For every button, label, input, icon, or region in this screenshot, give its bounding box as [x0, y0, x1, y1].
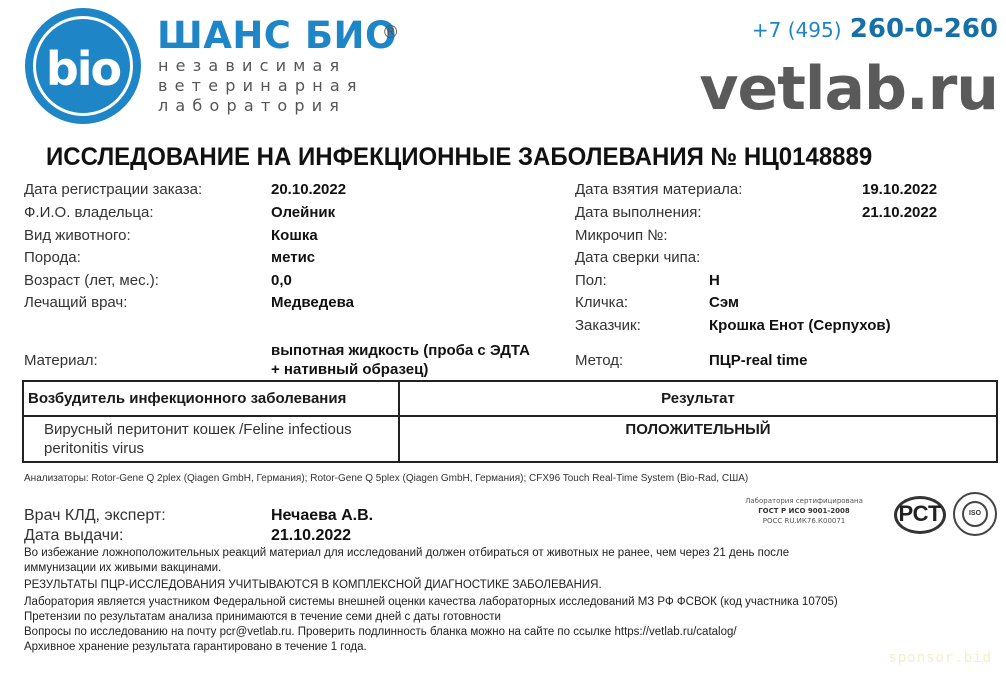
field-value-completion-date: 21.10.2022 — [862, 204, 937, 221]
field-label-age: Возраст (лет, мес.): — [24, 272, 159, 289]
field-label-doctor: Лечащий врач: — [24, 294, 127, 311]
field-value-pet-name: Сэм — [709, 294, 739, 311]
note-line: Архивное хранение результата гарантирова… — [24, 641, 367, 653]
expert-value: Нечаева А.В. — [271, 507, 373, 525]
bio-logo: bio — [25, 8, 141, 124]
field-label-completion-date: Дата выполнения: — [575, 204, 702, 221]
field-value-customer: Крошка Енот (Серпухов) — [709, 317, 891, 334]
note-line: Во избежание ложноположительных реакций … — [24, 547, 789, 559]
rst-certification-icon: РСТ — [894, 496, 946, 534]
analyzers-info: Анализаторы: Rotor-Gene Q 2plex (Qiagen … — [24, 473, 748, 484]
logo-text: bio — [25, 42, 141, 96]
field-label-registration-date: Дата регистрации заказа: — [24, 181, 202, 198]
pathogen-name-line1: Вирусный перитонит кошек /Feline infecti… — [44, 420, 394, 439]
brand-subtitle-1: независимая — [158, 56, 346, 75]
field-label-method: Метод: — [575, 352, 623, 369]
field-label-sex: Пол: — [575, 272, 607, 289]
field-value-sampling-date: 19.10.2022 — [862, 181, 937, 198]
expert-label: Врач КЛД, эксперт: — [24, 507, 166, 525]
note-line: Вопросы по исследованию на почту pcr@vet… — [24, 626, 737, 638]
field-value-material-2: + нативный образец) — [271, 361, 428, 378]
table-row: Вирусный перитонит кошек /Feline infecti… — [23, 416, 997, 462]
cert-line-2: ГОСТ Р ИСО 9001-2008 — [720, 506, 888, 516]
field-value-species: Кошка — [271, 227, 318, 244]
field-label-species: Вид животного: — [24, 227, 131, 244]
phone-prefix: +7 (495) — [752, 18, 842, 42]
registered-mark: ® — [384, 22, 397, 43]
field-label-pet-name: Кличка: — [575, 294, 628, 311]
pathogen-name-line2: peritonitis virus — [44, 439, 394, 458]
site-name: vetlab.ru — [699, 54, 998, 124]
results-table: Возбудитель инфекционного заболевания Ре… — [22, 380, 998, 463]
brand-subtitle-2: ветеринарная — [158, 76, 364, 95]
cert-line-3: РОСС RU.ИК76.К00071 — [720, 516, 888, 526]
cert-line-1: Лаборатория сертифицирована — [720, 496, 888, 506]
iso-certification-icon: ISO — [953, 492, 997, 536]
field-label-breed: Порода: — [24, 249, 81, 266]
field-value-sex: Н — [709, 272, 720, 289]
field-label-sampling-date: Дата взятия материала: — [575, 181, 742, 198]
brand-subtitle-3: лаборатория — [158, 96, 346, 115]
issue-date-label: Дата выдачи: — [24, 527, 123, 545]
brand-name: ШАНС БИО — [157, 14, 397, 57]
field-value-breed: метис — [271, 249, 315, 266]
field-value-registration-date: 20.10.2022 — [271, 181, 346, 198]
note-line: Лаборатория является участником Федераль… — [24, 596, 838, 608]
phone-main: 260-0-260 — [850, 14, 998, 44]
watermark: sponsor.bid — [888, 650, 992, 666]
iso-inner-icon: ISO — [962, 501, 988, 527]
pathogen-cell: Вирусный перитонит кошек /Feline infecti… — [23, 416, 399, 462]
field-label-owner: Ф.И.О. владельца: — [24, 204, 154, 221]
note-line: РЕЗУЛЬТАТЫ ПЦР-ИССЛЕДОВАНИЯ УЧИТЫВАЮТСЯ … — [24, 579, 602, 591]
field-label-microchip: Микрочип №: — [575, 227, 668, 244]
field-value-doctor: Медведева — [271, 294, 354, 311]
phone-number: +7 (495) 260-0-260 — [752, 14, 998, 44]
field-value-age: 0,0 — [271, 272, 292, 289]
result-cell: ПОЛОЖИТЕЛЬНЫЙ — [399, 416, 997, 462]
table-header-row: Возбудитель инфекционного заболевания Ре… — [23, 381, 997, 416]
field-value-method: ПЦР-real time — [709, 352, 807, 369]
certification-text: Лаборатория сертифицирована ГОСТ Р ИСО 9… — [720, 496, 888, 526]
issue-date-value: 21.10.2022 — [271, 527, 351, 545]
field-label-customer: Заказчик: — [575, 317, 641, 334]
field-label-chip-check-date: Дата сверки чипа: — [575, 249, 700, 266]
note-line: иммунизации их живыми вакцинами. — [24, 562, 221, 574]
field-label-material: Материал: — [24, 352, 98, 369]
field-value-material-1: выпотная жидкость (проба с ЭДТА — [271, 342, 530, 359]
field-value-owner: Олейник — [271, 204, 335, 221]
header-result: Результат — [399, 381, 997, 416]
note-line: Претензии по результатам анализа принима… — [24, 611, 501, 623]
header-pathogen: Возбудитель инфекционного заболевания — [23, 381, 399, 416]
document-title: ИССЛЕДОВАНИЕ НА ИНФЕКЦИОННЫЕ ЗАБОЛЕВАНИЯ… — [46, 143, 872, 172]
